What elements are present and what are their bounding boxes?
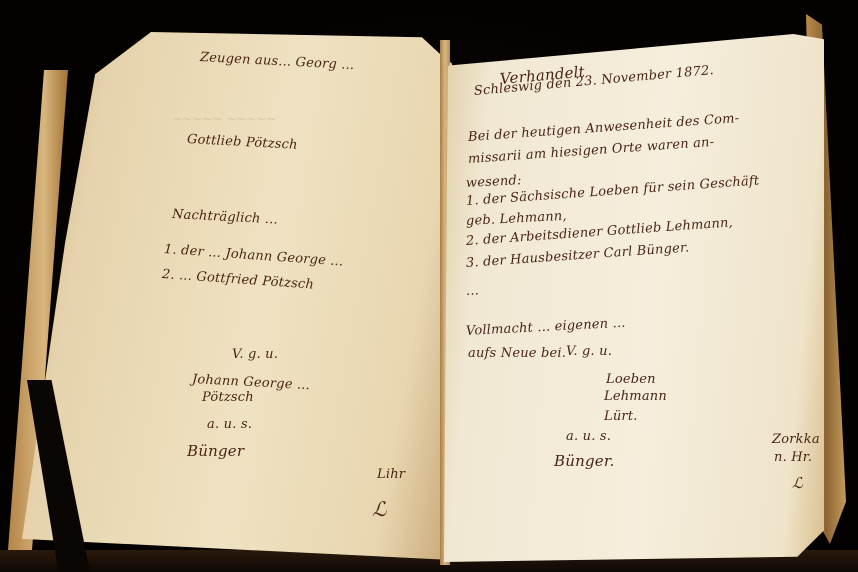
signature-bunger: Bünger. — [554, 452, 615, 470]
right-page: Verhandelt Schleswig den 23. November 18… — [444, 34, 824, 562]
handwritten-line: a. u. s. — [207, 417, 252, 432]
body-line: geb. Lehmann, — [466, 209, 568, 229]
body-line: Vollmacht ... eigenen ... — [466, 316, 626, 339]
name-lehmann: Lehmann — [604, 389, 667, 404]
aus-line: a. u. s. — [566, 429, 611, 444]
official-title: n. Hr. — [774, 450, 812, 465]
handwritten-line: Pötzsch — [202, 390, 254, 405]
signature-lihr: Lihr — [377, 467, 405, 482]
handwritten-line: Gottlieb Pötzsch — [187, 132, 298, 153]
handwritten-line: V. g. u. — [232, 347, 278, 362]
bleed-through-text: ~~~~~ ~~~~~ — [172, 112, 276, 126]
body-line: ... — [466, 283, 480, 299]
body-line: wesend: — [466, 173, 522, 191]
name-lurt: Lürt. — [604, 409, 638, 424]
handwritten-line: 1. der ... Johann George ... — [163, 242, 343, 270]
handwritten-line: 2. ... Gottfried Pötzsch — [161, 267, 314, 293]
signature-bunger: Bünger — [187, 442, 244, 460]
name-loeben: Loeben — [606, 372, 656, 387]
vgu-line: V. g. u. — [566, 344, 612, 359]
body-line: aufs Neue bei. — [468, 346, 566, 361]
flourish-signature: ℒ — [792, 474, 803, 492]
flourish-signature: ℒ — [372, 497, 387, 521]
official-name: Zorkka — [772, 432, 820, 447]
handwritten-line: Zeugen aus... Georg ... — [200, 50, 355, 73]
handwritten-line: Nachträglich ... — [172, 207, 279, 228]
